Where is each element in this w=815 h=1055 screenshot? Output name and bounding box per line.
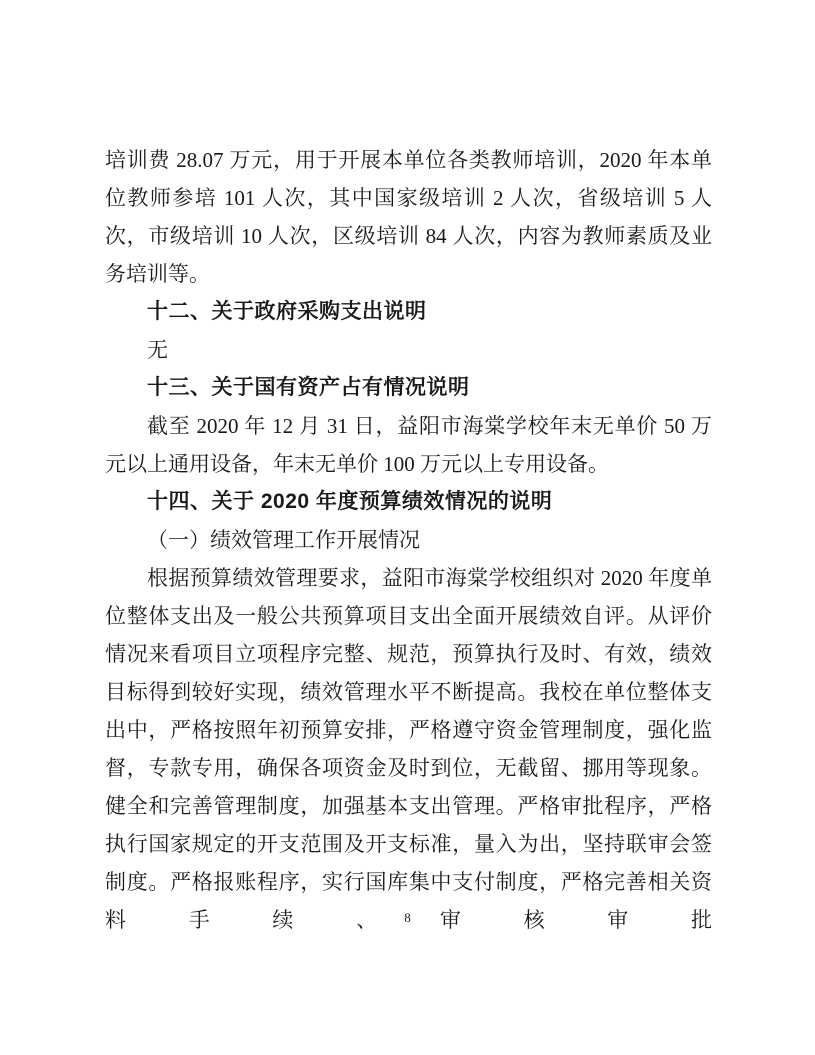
document-body: 培训费 28.07 万元，用于开展本单位各类教师培训，2020 年本单位教师参培… (105, 141, 712, 939)
page-number: 8 (0, 908, 815, 928)
paragraph-teacher-training: 培训费 28.07 万元，用于开展本单位各类教师培训，2020 年本单位教师参培… (105, 141, 712, 293)
paragraph-none: 无 (105, 331, 712, 369)
document-page: 培训费 28.07 万元，用于开展本单位各类教师培训，2020 年本单位教师参培… (0, 0, 815, 1055)
paragraph-assets-statement: 截至 2020 年 12 月 31 日，益阳市海棠学校年末无单价 50 万元以上… (105, 407, 712, 483)
paragraph-performance-subheading: （一）绩效管理工作开展情况 (105, 521, 712, 559)
heading-section-13-state-assets: 十三、关于国有资产占有情况说明 (105, 369, 712, 407)
heading-section-12-government-procurement: 十二、关于政府采购支出说明 (105, 293, 712, 331)
heading-section-14-budget-performance: 十四、关于 2020 年度预算绩效情况的说明 (105, 483, 712, 521)
paragraph-performance-detail: 根据预算绩效管理要求，益阳市海棠学校组织对 2020 年度单位整体支出及一般公共… (105, 559, 712, 939)
